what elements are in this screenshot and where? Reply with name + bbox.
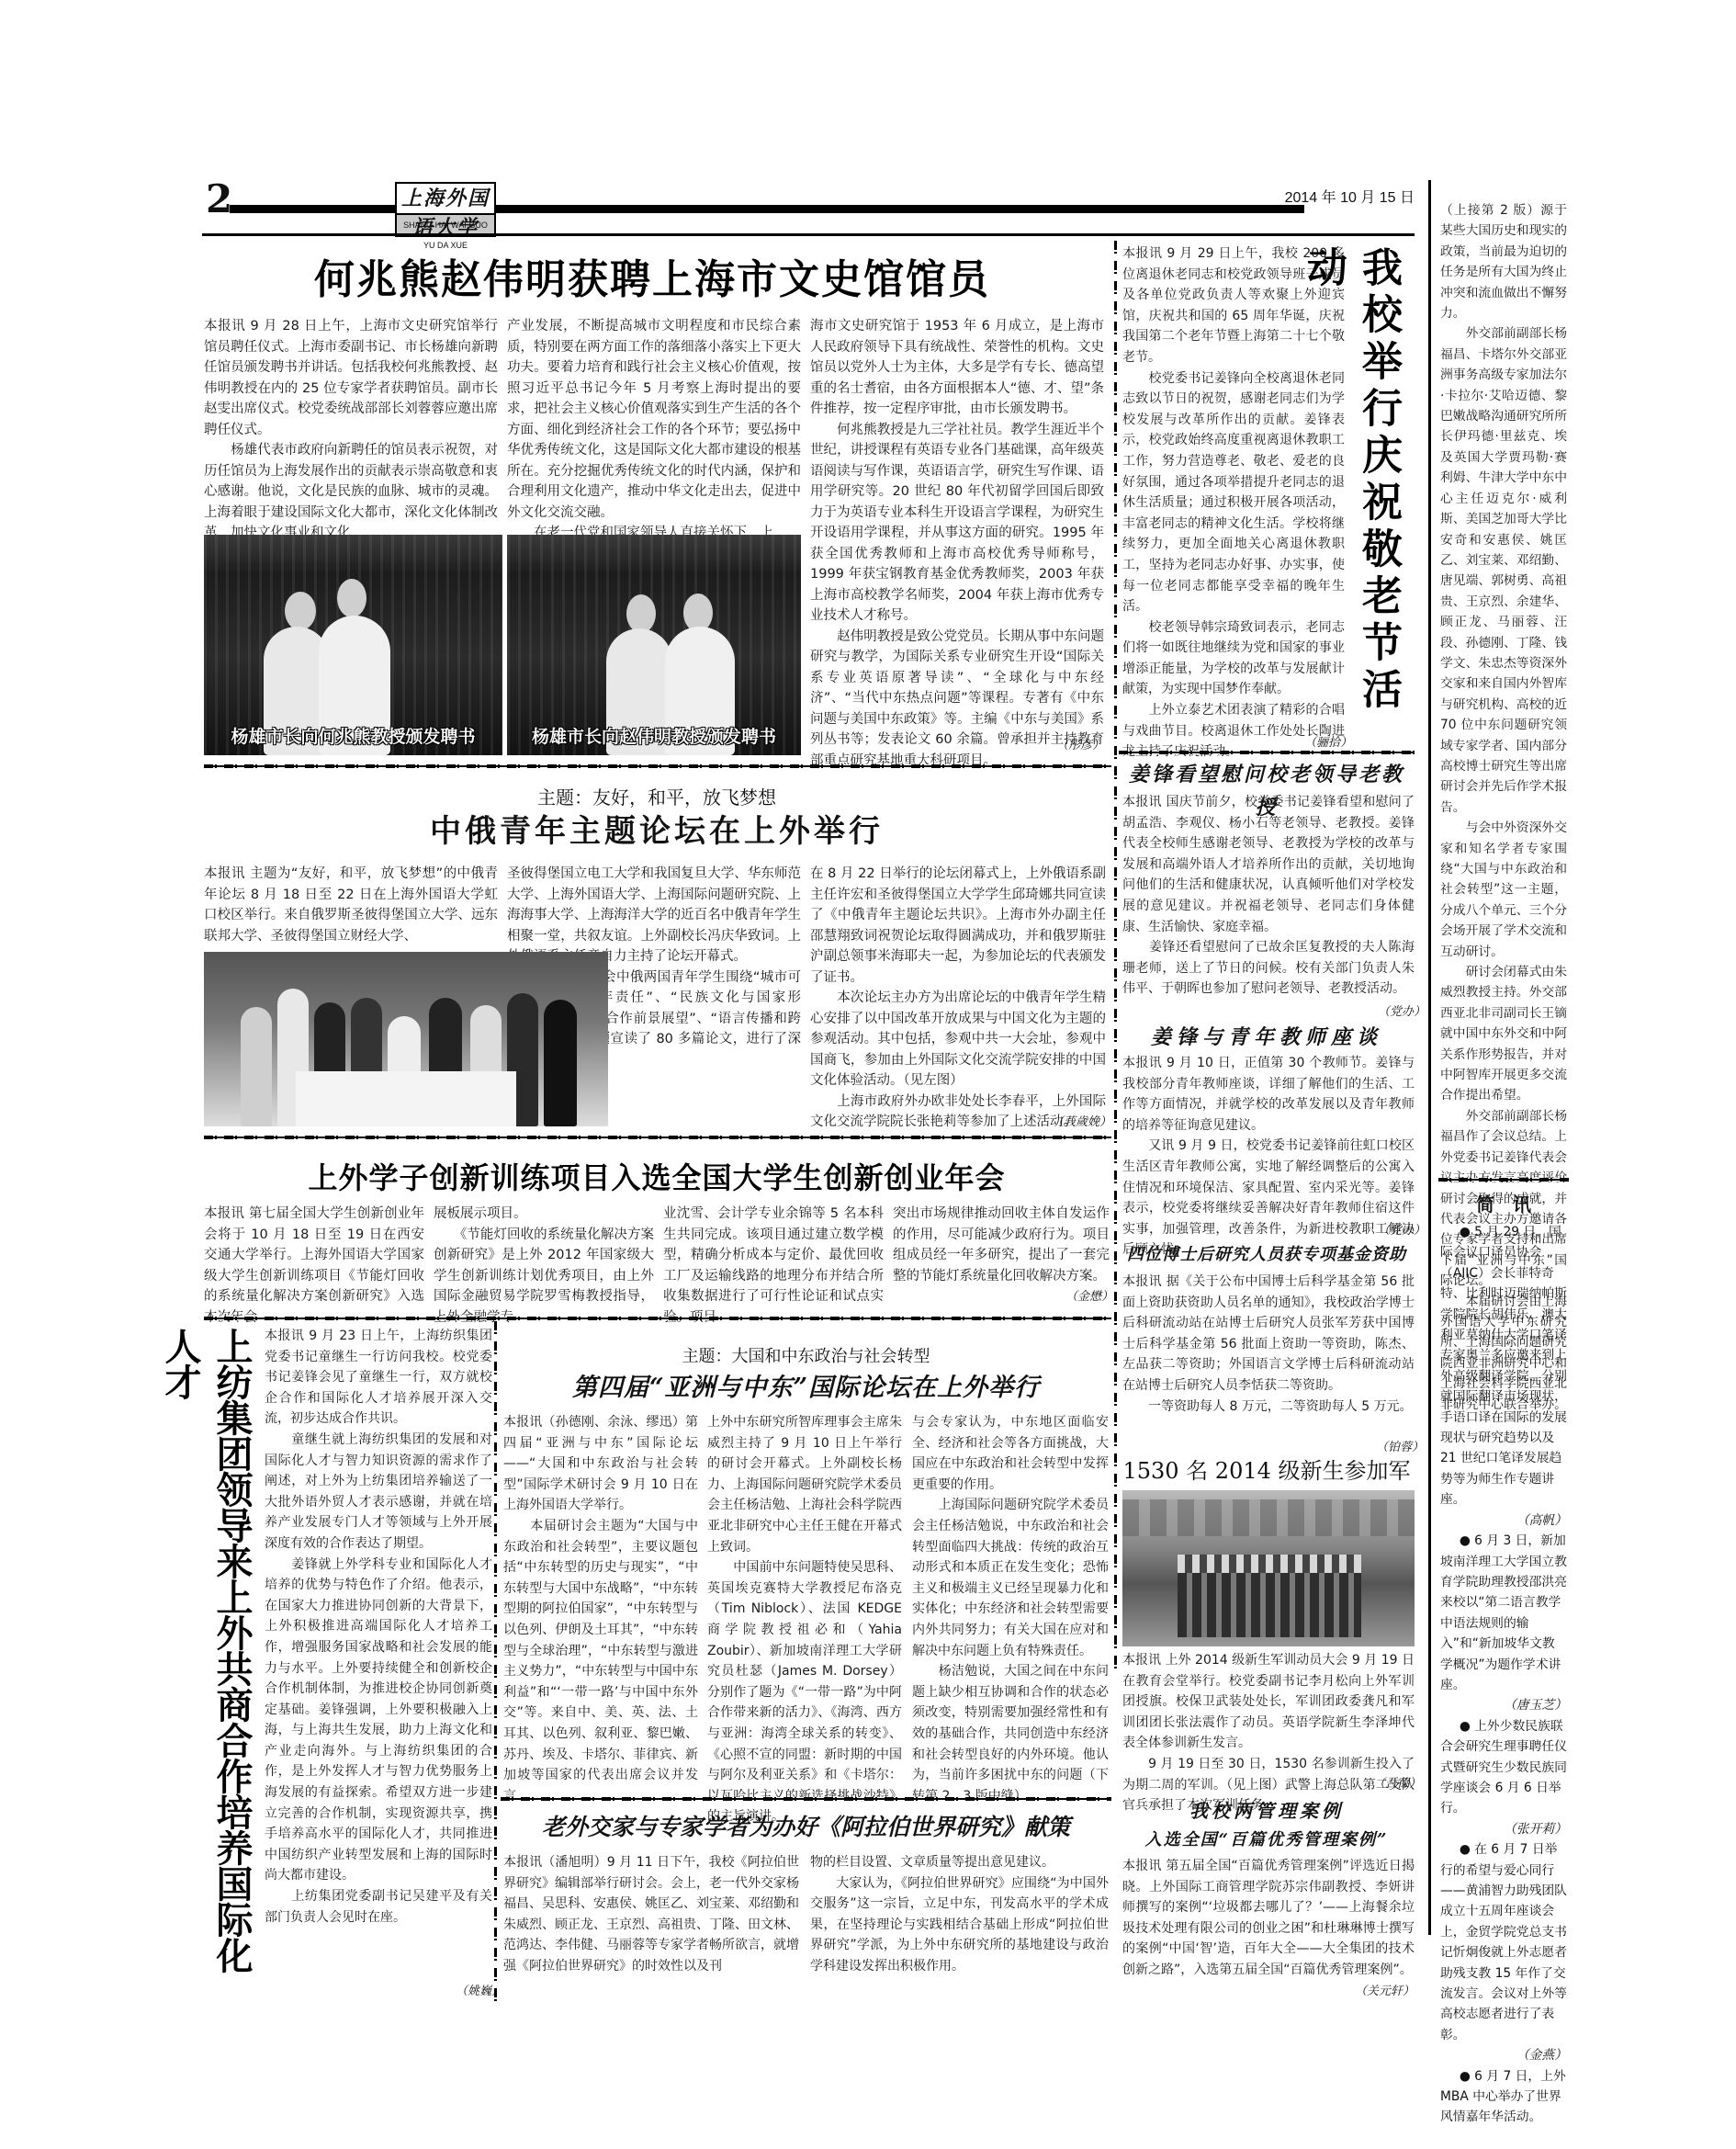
headline-arab: 老外交家与专家学者为办好《阿拉伯世界研究》献策: [501, 1805, 1111, 1849]
column-rule-left: [494, 1321, 497, 2001]
byline-military: （吾葆）: [1373, 1773, 1421, 1791]
article-shangfang-body: 本报讯 9 月 23 日上午，上海纺织集团党委书记童继生一行访问我校。校党委书记…: [265, 1326, 492, 1928]
photo-youth-forum: [204, 952, 608, 1126]
article-innovation-col4: 突出市场规律推动回收主体自发运作的作用，尽可能减少政府行为。项目组成员经一年多研…: [893, 1204, 1110, 1286]
paper-name: 上海外国语大学: [397, 184, 494, 213]
brief-news-title: 简 讯: [1440, 1190, 1567, 1216]
section-divider-right-1: [1119, 751, 1415, 754]
headline-jinglao: 我校举行庆祝敬老节活动: [1350, 246, 1405, 742]
article-asia-me-col2: 上外中东研究所智库理事会主席朱威烈主持了 9 月 10 日上午举行的研讨会开幕式…: [707, 1412, 902, 1827]
headline-asia-me: 第四届“亚洲与中东”国际论坛在上外举行: [501, 1367, 1111, 1409]
photo-caption-2: 杨雄市长向赵伟明教授颁发聘书: [507, 723, 801, 748]
photo-zhao-weiming: 杨雄市长向赵伟明教授颁发聘书: [507, 535, 801, 755]
brief-item: 上外少数民族联合会研究生理事聘任仪式暨研究生少数民族同学座谈会 6 月 6 日举…: [1440, 1716, 1567, 1839]
kicker-asia-me: 主题：大国和中东政治与社会转型: [501, 1343, 1111, 1367]
byline-wenshiguan: （彤彦）: [1056, 735, 1104, 752]
byline-youth-forum: （莪歲娩）: [1052, 1112, 1111, 1129]
article-asia-me-col1: 本报讯（孙德刚、余泳、缪迅）第四届“亚洲与中东”国际论坛——“大国和中东政治与社…: [503, 1412, 698, 1806]
brief-news-list: 5 月 29 日，国际会议口译员协会（AIIC）会长菲特奇特、比利时迈瑞纳帕斯学…: [1440, 1222, 1567, 2128]
article-youth-teachers-body: 本报讯 9 月 10 日，正值第 30 个教师节。姜锋与我校部分青年教师座谈，详…: [1122, 1053, 1415, 1261]
article-youth-forum-col3: 在 8 月 22 日举行的论坛闭幕式上，上外俄语系副主任许宏和圣彼得堡国立大学学…: [810, 864, 1106, 1133]
byline-postdoc: （铂蓉）: [1376, 1437, 1424, 1454]
article-wenshiguan-col2: 产业发展，不断提高城市文明程度和市民综合素质，特别要在两方面工作的落细落小落实上…: [507, 316, 801, 544]
photo-he-zhaoxiong: 杨雄市长向何兆熊教授颁发聘书: [204, 535, 502, 755]
section-divider-3: [204, 1317, 1111, 1320]
section-divider-2: [204, 1136, 1111, 1139]
column-rule-right: [1114, 241, 1117, 1674]
masthead-rule-right: [496, 205, 1304, 213]
article-laoling-body: 本报讯 国庆节前夕，校党委书记姜锋看望和慰问了胡孟浩、李观仪、杨小石等老领导、老…: [1122, 792, 1415, 1000]
issue-date: 2014 年 10 月 15 日: [1285, 186, 1415, 207]
headline-cases-line2: 入选全国“百篇优秀管理案例”: [1119, 1826, 1415, 1855]
article-asia-me-col3: 与会专家认为，中东地区面临安全、经济和社会等各方面挑战，大国应在中东政治和社会转…: [912, 1412, 1109, 1806]
byline-innovation: （金懋）: [1065, 1286, 1113, 1304]
byline-laoling: （党办）: [1378, 1001, 1426, 1019]
brief-news-rule: [1438, 1178, 1569, 1182]
brief-item: 在 6 月 7 日举行的希望与爱心同行——黄浦智力助残团队成立十五周年座谈会上，…: [1440, 1839, 1567, 2065]
article-postdoc-body: 本报讯 据《关于公布中国博士后科学基金第 56 批面上资助获资助人员名单的通知》…: [1122, 1272, 1415, 1417]
headline-postdoc: 四位博士后研究人员获专项基金资助: [1119, 1240, 1415, 1270]
article-wenshiguan-col3: 海市文史研究馆于 1953 年 6 月成立，是上海市人民政府领导下具有统战性、荣…: [810, 316, 1104, 771]
page-number: 2: [206, 176, 232, 221]
kicker-youth-forum: 主题：友好，和平，放飞梦想: [202, 783, 1111, 809]
section-divider-1: [204, 764, 1111, 768]
article-cases-body: 本报讯 第五届全国“百篇优秀管理案例”评选近日揭晓。上外国际工商管理学院苏宗伟副…: [1122, 1856, 1415, 1981]
article-wenshiguan-col1: 本报讯 9 月 28 日上午，上海市文史研究馆举行馆员聘任仪式。上海市委副书记、…: [204, 316, 498, 544]
headline-wenshiguan: 何兆熊赵伟明获聘上海市文史馆馆员: [202, 248, 1102, 312]
photo-military-training: [1122, 1490, 1415, 1646]
headline-cases-line1: 我校两管理案例: [1119, 1796, 1415, 1826]
brief-item: 6 月 7 日，上外 MBA 中心举办了世界风情嘉年华活动。: [1440, 2066, 1567, 2128]
headline-innovation: 上外学子创新训练项目入选全国大学生创新创业年会: [202, 1154, 1111, 1202]
paper-pinyin: SHANG HAI WAI GUO YU DA XUE: [397, 213, 494, 235]
center-gutter-border: [1428, 180, 1431, 1935]
brief-item: 5 月 29 日，国际会议口译员协会（AIIC）会长菲特奇特、比利时迈瑞纳帕斯学…: [1440, 1222, 1567, 1531]
byline-youth-teachers: （党办）: [1378, 1220, 1426, 1238]
byline-jinglao: （骊拾）: [1304, 732, 1352, 750]
brief-item: 6 月 3 日，新加坡南洋理工大学国立教育学院助理教授邵洪亮来校以“第二语言教学…: [1440, 1531, 1567, 1716]
article-innovation-col3: 业沈雪、会计学专业余锦等 5 名本科生共同完成。该项目通过建立数学模型，精确分析…: [663, 1204, 884, 1328]
photo-caption-1: 杨雄市长向何兆熊教授颁发聘书: [204, 723, 502, 748]
article-arab-col1: 本报讯（潘旭明）9 月 11 日下午，我校《阿拉伯世界研究》编辑部举行研讨会。会…: [503, 1852, 799, 1977]
masthead: 2 上海外国语大学 SHANG HAI WAI GUO YU DA XUE 20…: [202, 173, 1415, 237]
article-arab-col2: 物的栏目设置、文章质量等提出意见建议。 大家认为，《阿拉伯世界研究》应围绕“为中…: [810, 1852, 1109, 1977]
byline-cases: （关元轩）: [1355, 1981, 1415, 1998]
article-jinglao-body: 本报讯 9 月 29 日上午，我校 200 多位离退休老同志和校党政领导班子成员…: [1122, 243, 1345, 763]
masthead-underline: [202, 233, 1415, 236]
masthead-rule-left: [230, 205, 395, 213]
section-divider-4: [501, 1797, 1111, 1801]
article-youth-forum-col1: 本报讯 主题为“友好，和平，放飞梦想”的中俄青年论坛 8 月 18 日至 22 …: [204, 864, 498, 946]
paper-nameplate: 上海外国语大学 SHANG HAI WAI GUO YU DA XUE: [395, 182, 496, 237]
headline-shangfang: 上纺集团领导来上外共商合作培养国际化人才: [206, 1328, 257, 1998]
headline-youth-teachers: 姜锋与青年教师座谈: [1119, 1022, 1415, 1053]
article-military-body: 本报讯 上外 2014 级新生军训动员大会 9 月 19 日在教育会堂举行。校党…: [1122, 1650, 1415, 1816]
article-innovation-col1: 本报讯 第七届全国大学生创新创业年会将于 10 月 18 日至 19 日在西安交…: [204, 1204, 424, 1328]
article-innovation-col2: 展板展示项目。 《节能灯回收的系统量化解决方案创新研究》是上外 2012 年国家…: [434, 1204, 654, 1328]
headline-youth-forum: 中俄青年主题论坛在上外举行: [202, 809, 1111, 854]
